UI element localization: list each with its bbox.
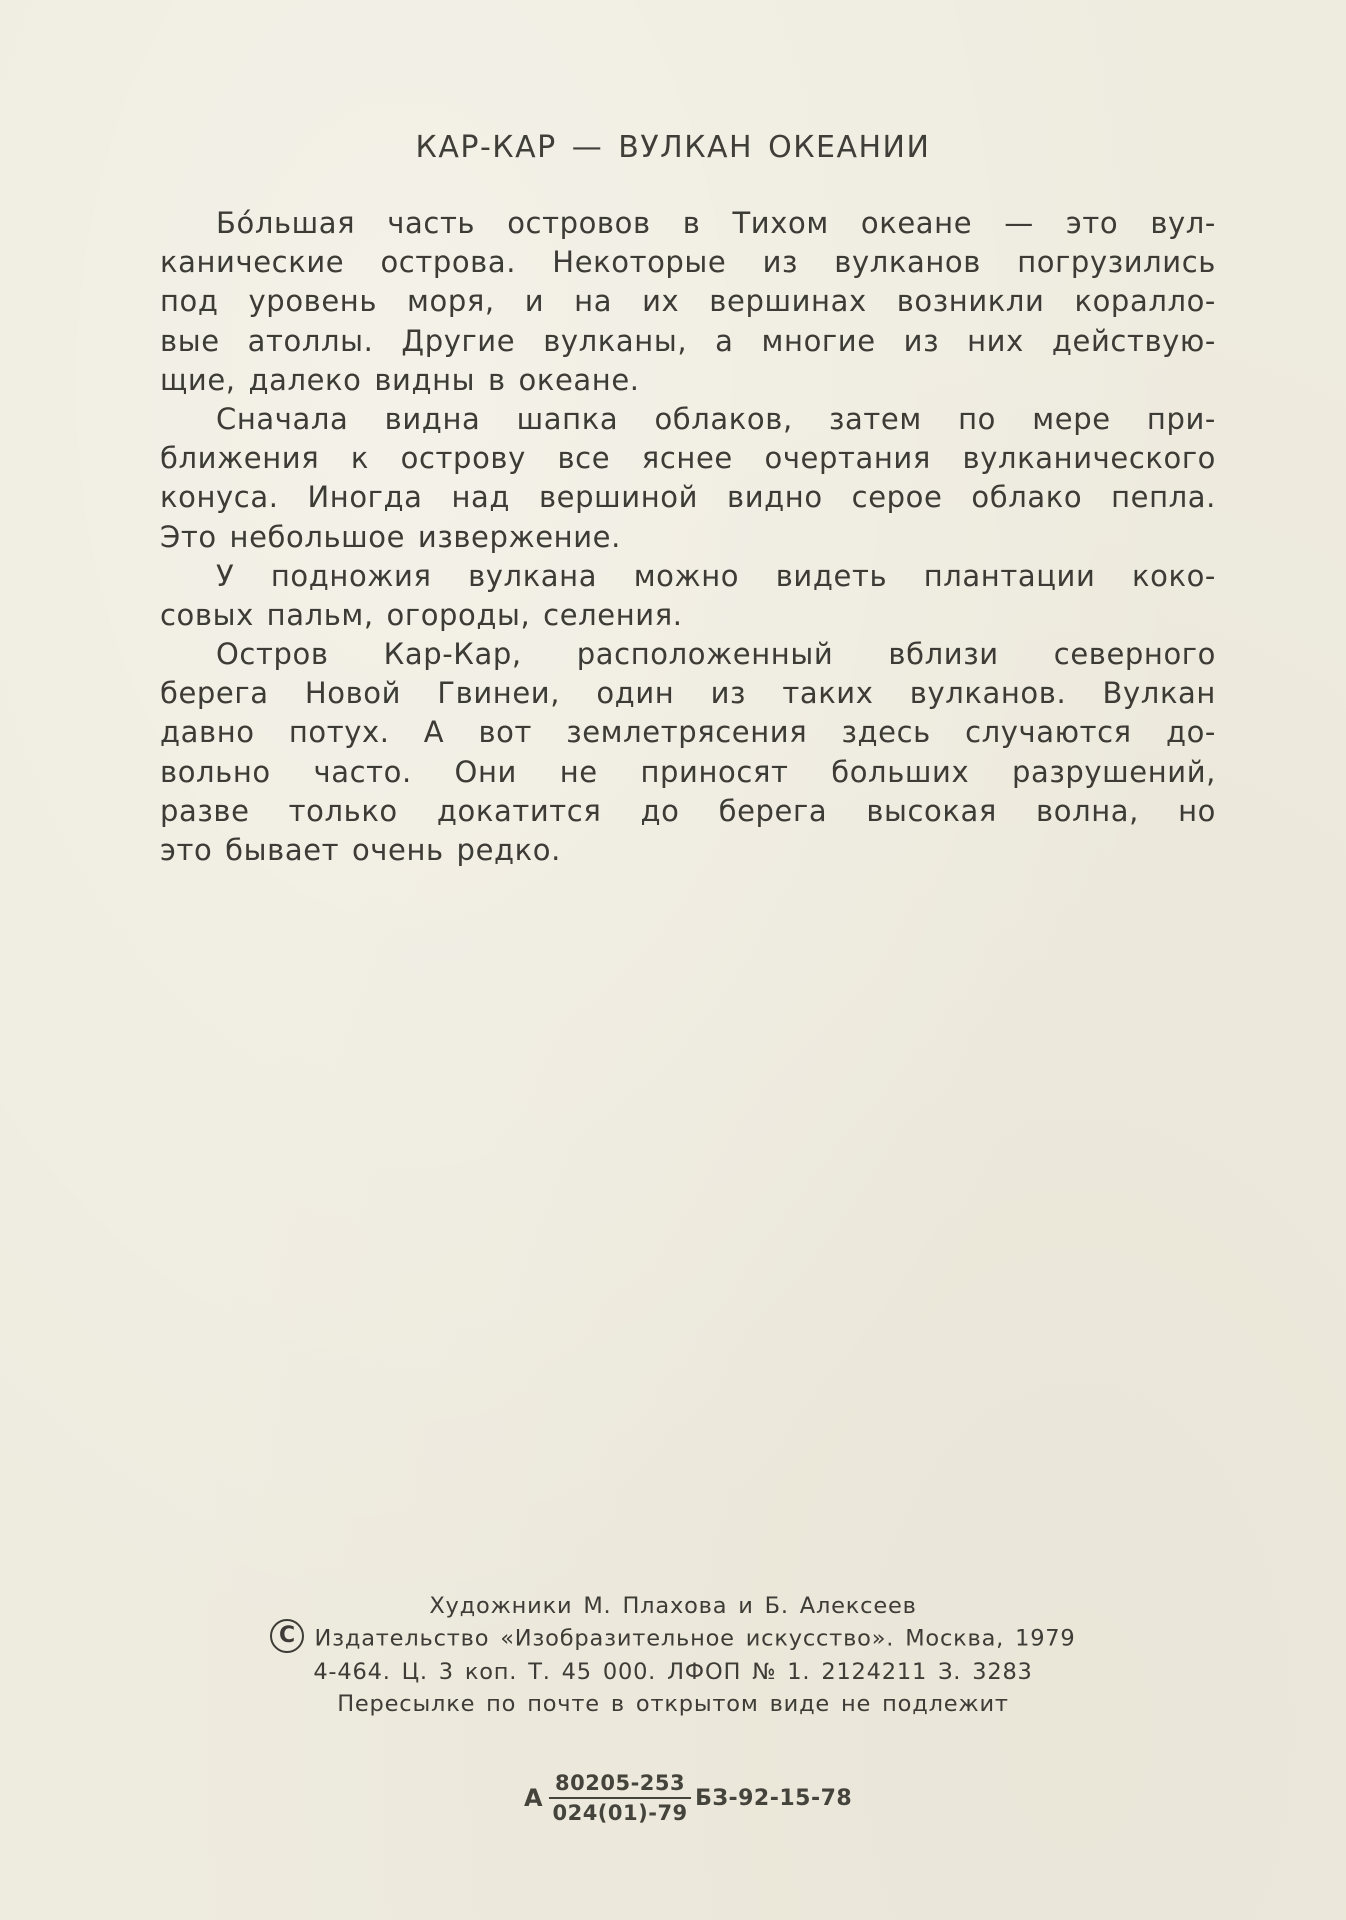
- body-line: это бывает очень редко.: [160, 831, 1216, 870]
- body-line: Остров Кар-Кар, расположенный вблизи сев…: [160, 635, 1216, 674]
- catalog-letter: А: [524, 1784, 543, 1812]
- page-title: КАР-КАР — ВУЛКАН ОКЕАНИИ: [0, 130, 1346, 165]
- catalog-index: А 80205-253 024(01)-79 БЗ-92-15-78: [524, 1758, 852, 1838]
- body-line: вые атоллы. Другие вулканы, а многие из …: [160, 322, 1216, 361]
- catalog-code: БЗ-92-15-78: [695, 1786, 852, 1811]
- body-line: Сначала видна шапка облаков, затем по ме…: [160, 400, 1216, 439]
- catalog-denominator: 024(01)-79: [552, 1799, 687, 1825]
- body-line: давно потух. А вот землетрясения здесь с…: [160, 713, 1216, 752]
- body-line: конуса. Иногда над вершиной видно серое …: [160, 478, 1216, 517]
- body-line: разве только докатится до берега высокая…: [160, 792, 1216, 831]
- publisher-text: Издательство «Изобразительное искусство»…: [314, 1626, 1075, 1652]
- body-line: совых пальм, огороды, селения.: [160, 596, 1216, 635]
- article-body: Бо́льшая часть островов в Тихом океане —…: [160, 204, 1216, 870]
- body-line: вольно часто. Они не приносят больших ра…: [160, 753, 1216, 792]
- body-line: берега Новой Гвинеи, один из таких вулка…: [160, 674, 1216, 713]
- catalog-numerator: 80205-253: [553, 1771, 687, 1797]
- imprint-block: Художники М. Плахова и Б. Алексеев CИзда…: [0, 1590, 1346, 1720]
- body-line: У подножия вулкана можно видеть плантаци…: [160, 557, 1216, 596]
- publisher-row: CИздательство «Изобразительное искусство…: [0, 1622, 1346, 1656]
- catalog-fraction: 80205-253 024(01)-79: [549, 1771, 691, 1826]
- artists-credit: Художники М. Плахова и Б. Алексеев: [0, 1590, 1346, 1622]
- body-line: канические острова. Некоторые из вулкано…: [160, 243, 1216, 282]
- body-line: щие, далеко видны в океане.: [160, 361, 1216, 400]
- postal-note: Пересылке по почте в открытом виде не по…: [0, 1688, 1346, 1720]
- copyright-icon: C: [270, 1619, 304, 1653]
- body-line: Бо́льшая часть островов в Тихом океане —…: [160, 204, 1216, 243]
- body-line: под уровень моря, и на их вершинах возни…: [160, 282, 1216, 321]
- print-info: 4-464. Ц. 3 коп. Т. 45 000. ЛФОП № 1. 21…: [0, 1656, 1346, 1688]
- body-line: Это небольшое извержение.: [160, 518, 1216, 557]
- body-line: ближения к острову все яснее очертания в…: [160, 439, 1216, 478]
